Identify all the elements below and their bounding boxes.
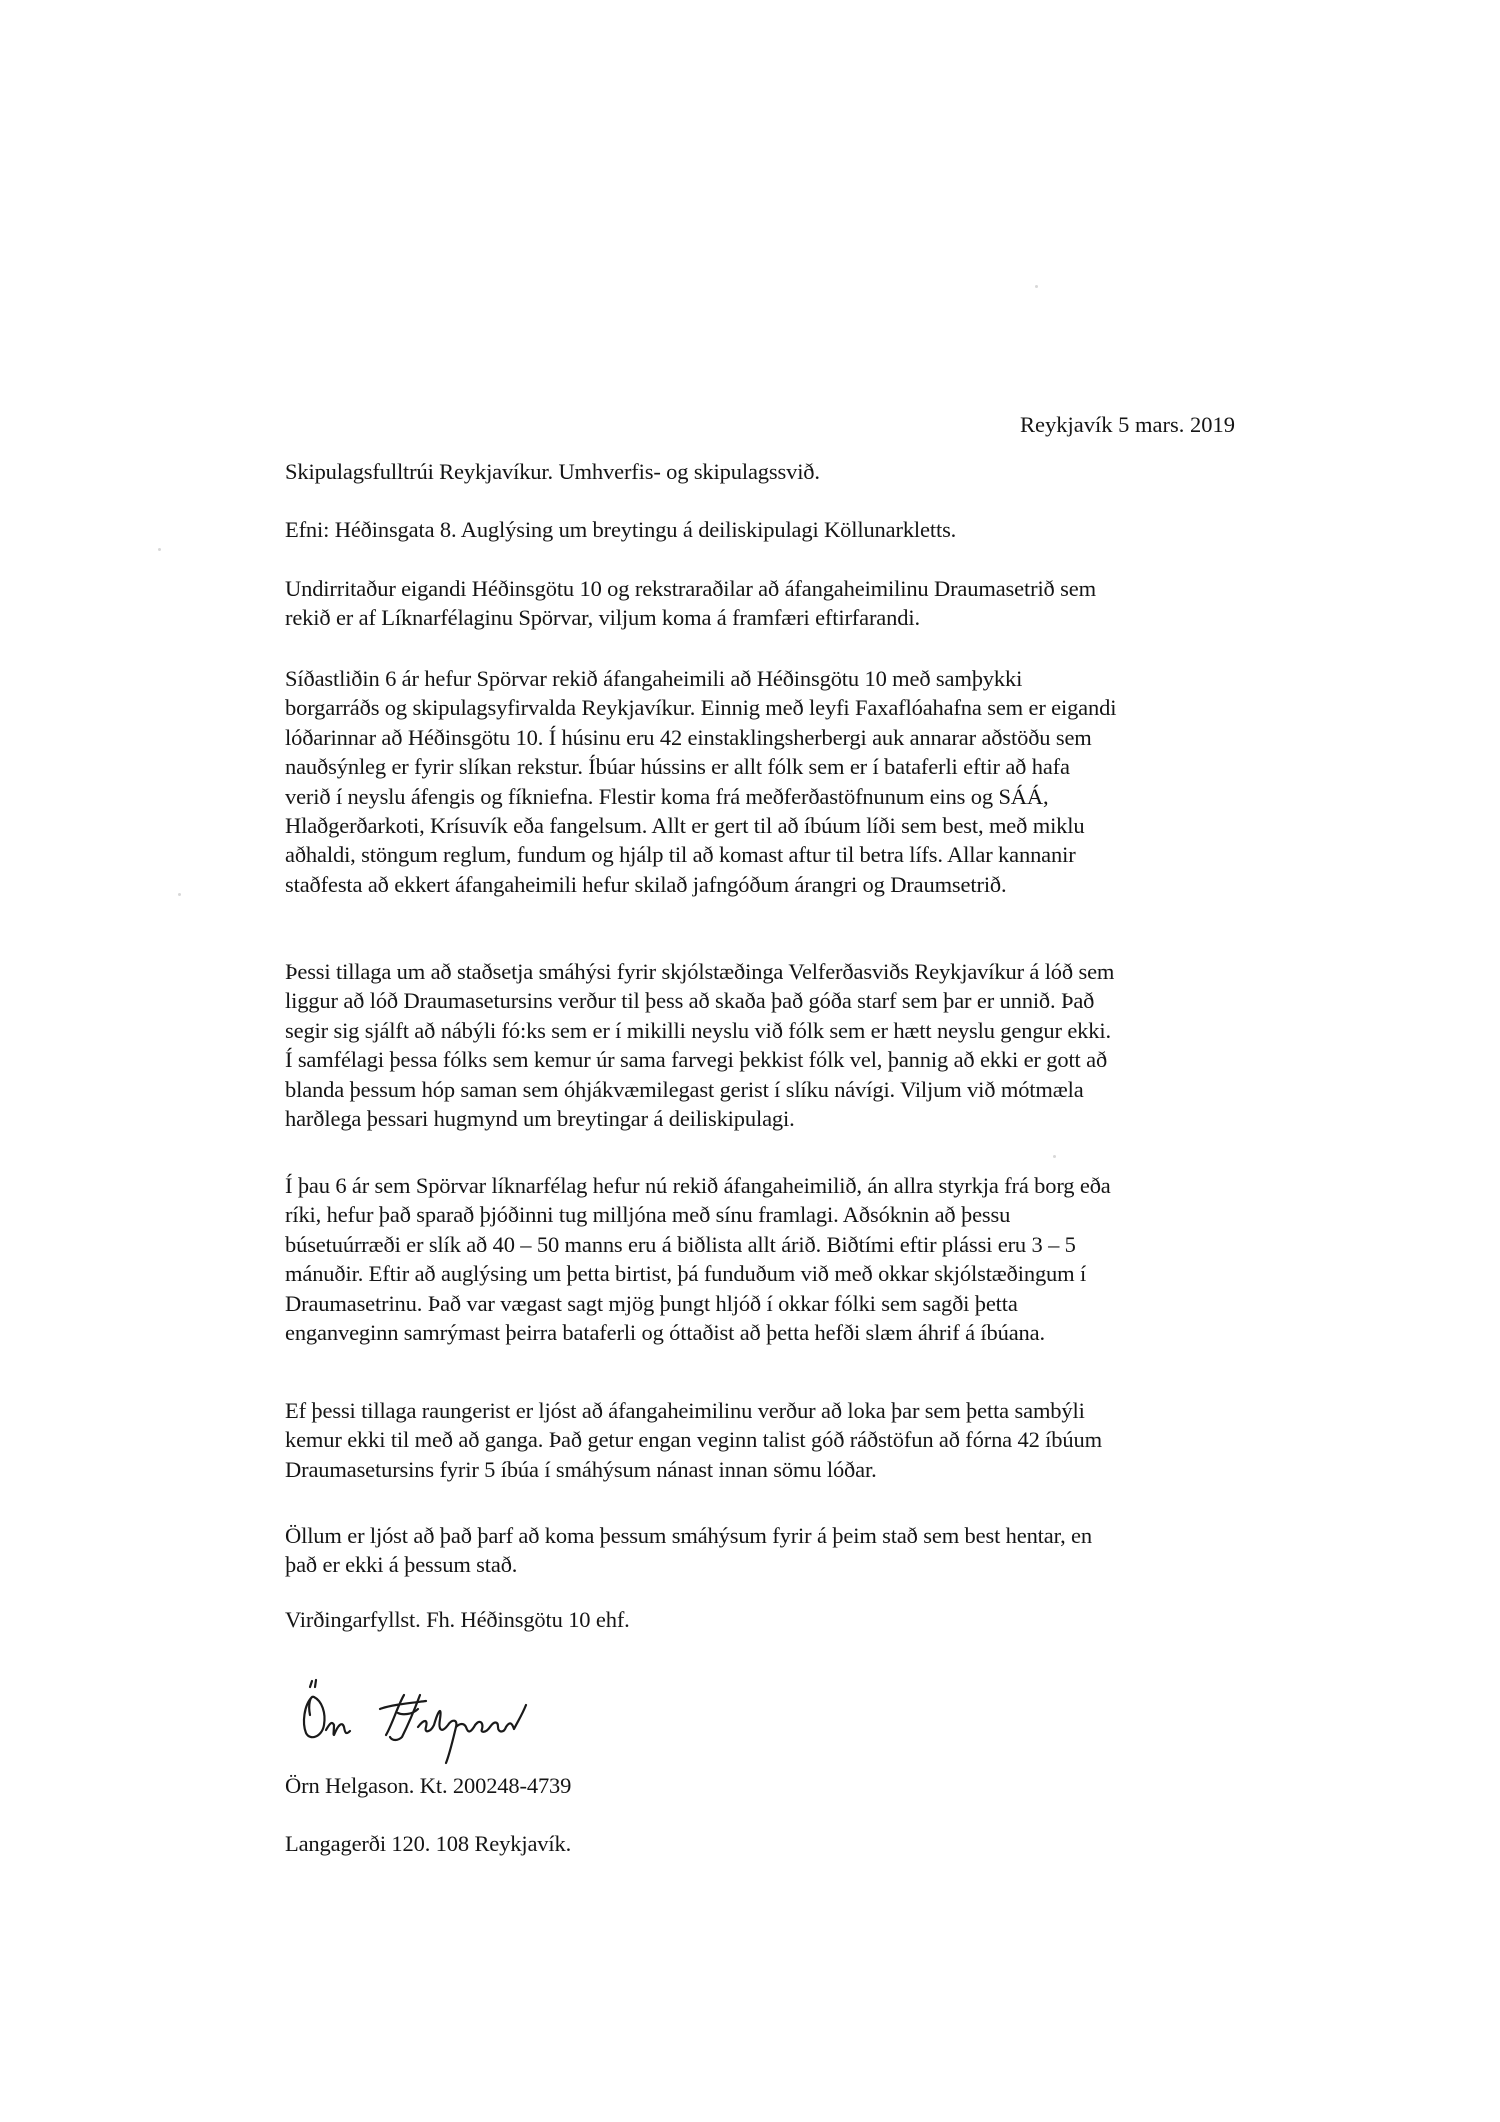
scan-artifact: [178, 893, 181, 896]
handwritten-signature-icon: [300, 1675, 590, 1765]
paragraph-line: rekið er af Líknarfélaginu Spörvar, vilj…: [285, 603, 1096, 632]
paragraph-line: liggur að lóð Draumasetursins verður til…: [285, 986, 1114, 1015]
paragraph-line: staðfesta að ekkert áfangaheimili hefur …: [285, 870, 1116, 899]
paragraph-line: nauðsýnleg er fyrir slíkan rekstur. Íbúa…: [285, 752, 1116, 781]
letter-recipient: Skipulagsfulltrúi Reykjavíkur. Umhverfis…: [285, 457, 820, 486]
signer-address: Langagerði 120. 108 Reykjavík.: [285, 1829, 571, 1858]
letter-paragraph-conclusion: Öllum er ljóst að það þarf að koma þessu…: [285, 1521, 1092, 1580]
paragraph-line: búsetuúrræði er slík að 40 – 50 manns er…: [285, 1230, 1111, 1259]
paragraph-line: Undirritaður eigandi Héðinsgötu 10 og re…: [285, 574, 1096, 603]
letter-paragraph-intro: Undirritaður eigandi Héðinsgötu 10 og re…: [285, 574, 1096, 633]
letter-date: Reykjavík 5 mars. 2019: [1020, 410, 1235, 439]
paragraph-line: það er ekki á þessum stað.: [285, 1550, 1092, 1579]
scan-artifact: [1053, 1155, 1056, 1158]
paragraph-line: borgarráðs og skipulagsyfirvalda Reykjav…: [285, 693, 1116, 722]
paragraph-line: lóðarinnar að Héðinsgötu 10. Í húsinu er…: [285, 723, 1116, 752]
paragraph-line: Í samfélagi þessa fólks sem kemur úr sam…: [285, 1045, 1114, 1074]
paragraph-line: Síðastliðin 6 ár hefur Spörvar rekið áfa…: [285, 664, 1116, 693]
paragraph-line: harðlega þessari hugmynd um breytingar á…: [285, 1104, 1114, 1133]
paragraph-line: kemur ekki til með að ganga. Það getur e…: [285, 1425, 1102, 1454]
paragraph-line: Þessi tillaga um að staðsetja smáhýsi fy…: [285, 957, 1114, 986]
paragraph-line: segir sig sjálft að nábýli fó:ks sem er …: [285, 1016, 1114, 1045]
paragraph-line: aðhaldi, stöngum reglum, fundum og hjálp…: [285, 840, 1116, 869]
paragraph-line: Öllum er ljóst að það þarf að koma þessu…: [285, 1521, 1092, 1550]
paragraph-line: ríki, hefur það sparað þjóðinni tug mill…: [285, 1200, 1111, 1229]
letter-paragraph-impact: Í þau 6 ár sem Spörvar líknarfélag hefur…: [285, 1171, 1111, 1347]
letter-closing: Virðingarfyllst. Fh. Héðinsgötu 10 ehf.: [285, 1605, 630, 1634]
paragraph-line: Ef þessi tillaga raungerist er ljóst að …: [285, 1396, 1102, 1425]
paragraph-line: Draumasetursins fyrir 5 íbúa í smáhýsum …: [285, 1455, 1102, 1484]
scan-artifact: [1035, 285, 1038, 288]
scan-artifact: [158, 548, 161, 551]
scanned-letter-page: Reykjavík 5 mars. 2019 Skipulagsfulltrúi…: [0, 0, 1500, 2122]
letter-paragraph-background: Síðastliðin 6 ár hefur Spörvar rekið áfa…: [285, 664, 1116, 899]
paragraph-line: Hlaðgerðarkoti, Krísuvík eða fangelsum. …: [285, 811, 1116, 840]
letter-subject: Efni: Héðinsgata 8. Auglýsing um breytin…: [285, 515, 956, 544]
paragraph-line: verið í neyslu áfengis og fíkniefna. Fle…: [285, 782, 1116, 811]
letter-paragraph-consequence: Ef þessi tillaga raungerist er ljóst að …: [285, 1396, 1102, 1484]
paragraph-line: Í þau 6 ár sem Spörvar líknarfélag hefur…: [285, 1171, 1111, 1200]
paragraph-line: enganveginn samrýmast þeirra bataferli o…: [285, 1318, 1111, 1347]
signer-name-id: Örn Helgason. Kt. 200248-4739: [285, 1771, 571, 1800]
letter-paragraph-objection: Þessi tillaga um að staðsetja smáhýsi fy…: [285, 957, 1114, 1133]
paragraph-line: blanda þessum hóp saman sem óhjákvæmileg…: [285, 1075, 1114, 1104]
paragraph-line: mánuðir. Eftir að auglýsing um þetta bir…: [285, 1259, 1111, 1288]
paragraph-line: Draumasetrinu. Það var vægast sagt mjög …: [285, 1289, 1111, 1318]
